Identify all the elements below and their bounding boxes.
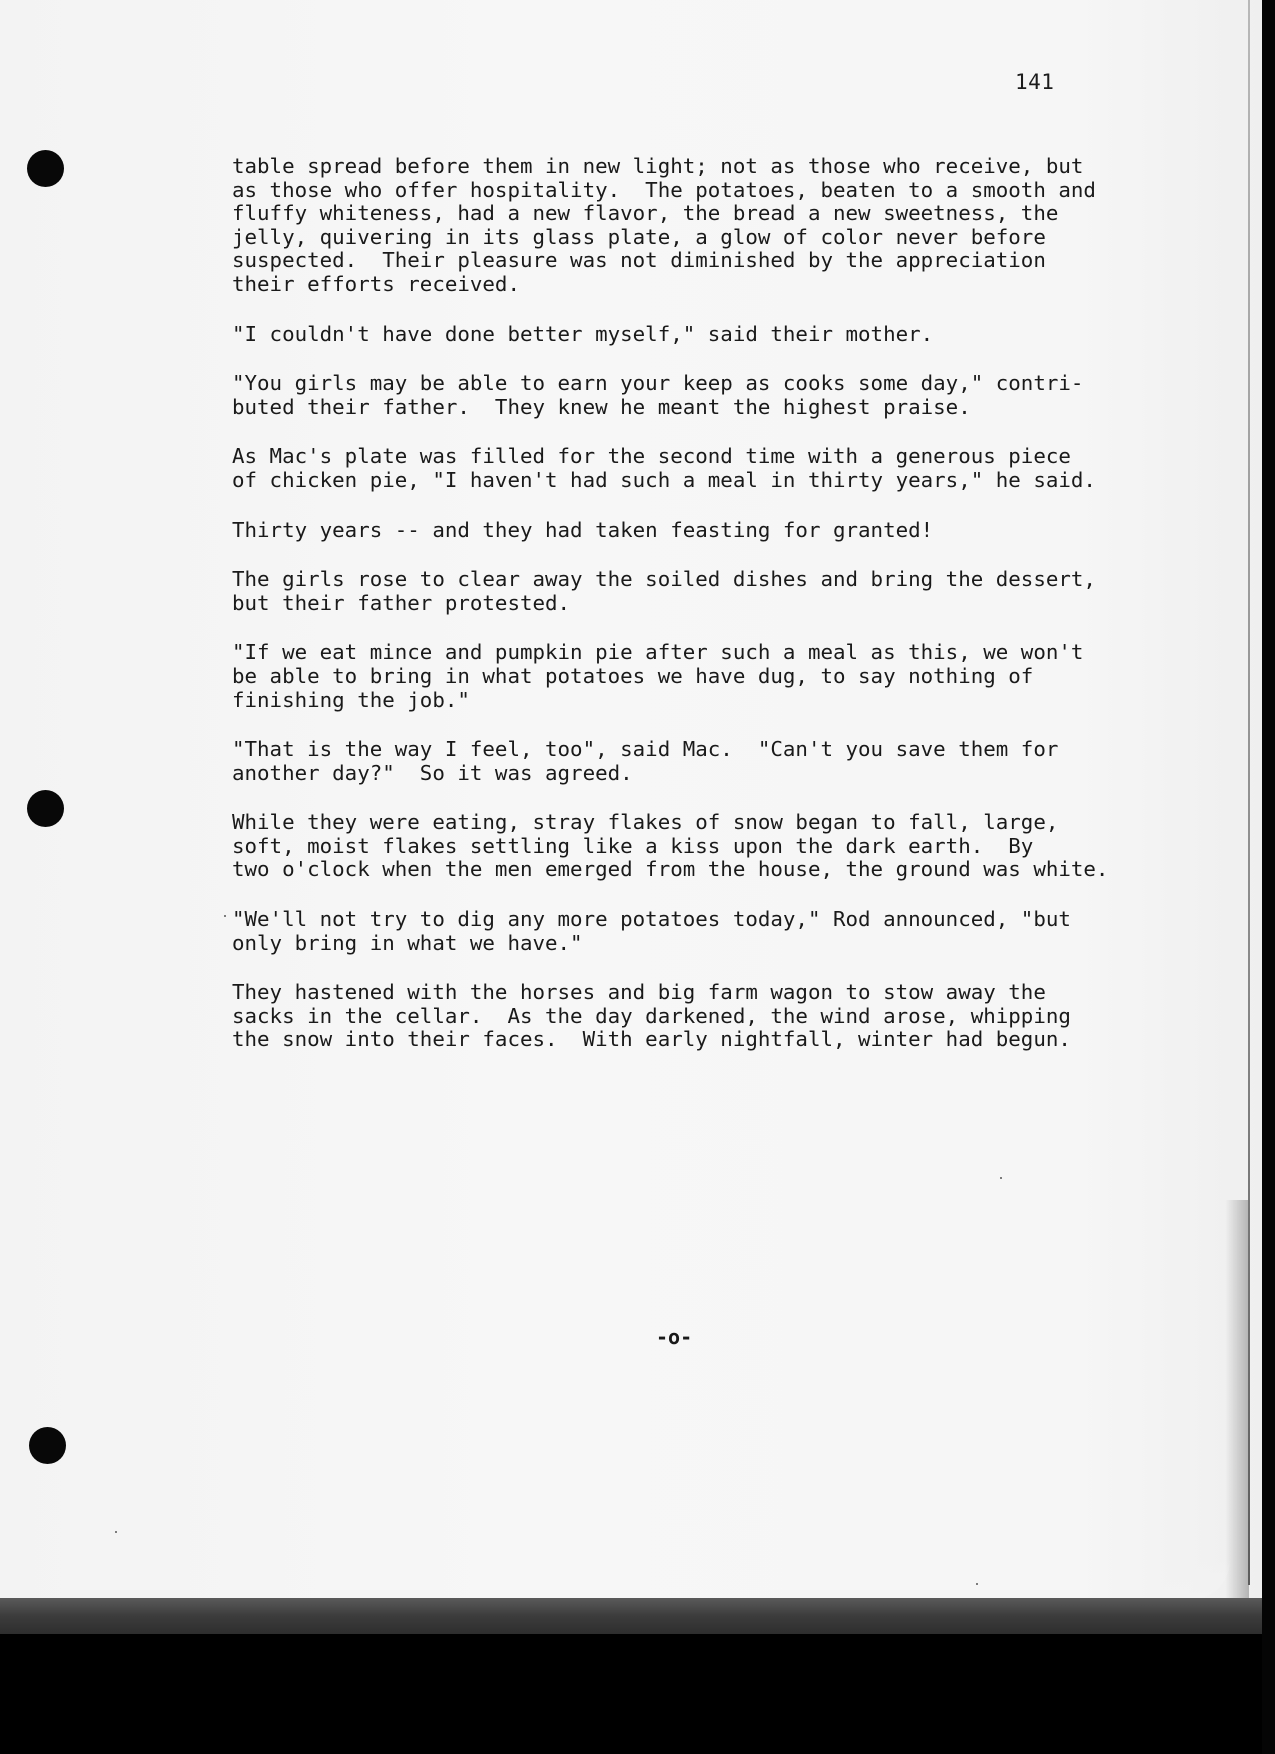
page-edge-shadow [1225,1200,1249,1600]
text-line: Thirty years -- and they had taken feast… [232,519,1132,543]
text-line: as those who offer hospitality. The pota… [232,179,1132,203]
text-line: jelly, quivering in its glass plate, a g… [232,226,1132,250]
paragraph: "That is the way I feel, too", said Mac.… [232,738,1132,785]
page-corner-curl [1150,1560,1230,1600]
paragraph: While they were eating, stray flakes of … [232,811,1132,882]
text-line: another day?" So it was agreed. [232,762,1132,786]
scan-speck [224,915,226,917]
scan-speck [828,995,830,997]
end-mark: -o- [656,1325,692,1349]
text-line: only bring in what we have." [232,932,1132,956]
text-line: "We'll not try to dig any more potatoes … [232,908,1132,932]
punch-hole-top [27,150,64,187]
paragraph: They hastened with the horses and big fa… [232,981,1132,1052]
scanner-margin-right [1262,0,1275,1754]
paragraph: "We'll not try to dig any more potatoes … [232,908,1132,955]
paragraph: "You girls may be able to earn your keep… [232,372,1132,419]
paragraph: "If we eat mince and pumpkin pie after s… [232,641,1132,712]
text-line: the snow into their faces. With early ni… [232,1028,1132,1052]
paragraph: The girls rose to clear away the soiled … [232,568,1132,615]
text-line: "I couldn't have done better myself," sa… [232,323,1132,347]
text-line: soft, moist flakes settling like a kiss … [232,835,1132,859]
text-line: fluffy whiteness, had a new flavor, the … [232,202,1132,226]
text-line: finishing the job." [232,689,1132,713]
text-line: buted their father. They knew he meant t… [232,396,1132,420]
text-line: of chicken pie, "I haven't had such a me… [232,469,1132,493]
paragraph: As Mac's plate was filled for the second… [232,445,1132,492]
text-line: They hastened with the horses and big fa… [232,981,1132,1005]
punch-hole-middle [27,790,64,827]
page-number: 141 [1015,70,1054,94]
paragraph: table spread before them in new light; n… [232,155,1132,297]
text-line: two o'clock when the men emerged from th… [232,858,1132,882]
paragraph: "I couldn't have done better myself," sa… [232,323,1132,347]
punch-hole-bottom [29,1427,66,1464]
text-line: be able to bring in what potatoes we hav… [232,665,1132,689]
scan-speck [1000,1177,1002,1179]
text-line: sacks in the cellar. As the day darkened… [232,1005,1132,1029]
text-line: "That is the way I feel, too", said Mac.… [232,738,1132,762]
scanner-bed-edge [0,1598,1262,1634]
scan-speck [115,1531,117,1533]
paragraph: Thirty years -- and they had taken feast… [232,519,1132,543]
text-line: The girls rose to clear away the soiled … [232,568,1132,592]
text-line: their efforts received. [232,273,1132,297]
text-line: suspected. Their pleasure was not dimini… [232,249,1132,273]
text-line: table spread before them in new light; n… [232,155,1132,179]
scanned-page: 141 table spread before them in new ligh… [0,0,1262,1600]
body-text: table spread before them in new light; n… [232,155,1132,1078]
page-edge-line [1248,0,1250,1585]
text-line: While they were eating, stray flakes of … [232,811,1132,835]
text-line: "If we eat mince and pumpkin pie after s… [232,641,1132,665]
text-line: "You girls may be able to earn your keep… [232,372,1132,396]
text-line: As Mac's plate was filled for the second… [232,445,1132,469]
scan-speck [976,1583,978,1585]
text-line: but their father protested. [232,592,1132,616]
